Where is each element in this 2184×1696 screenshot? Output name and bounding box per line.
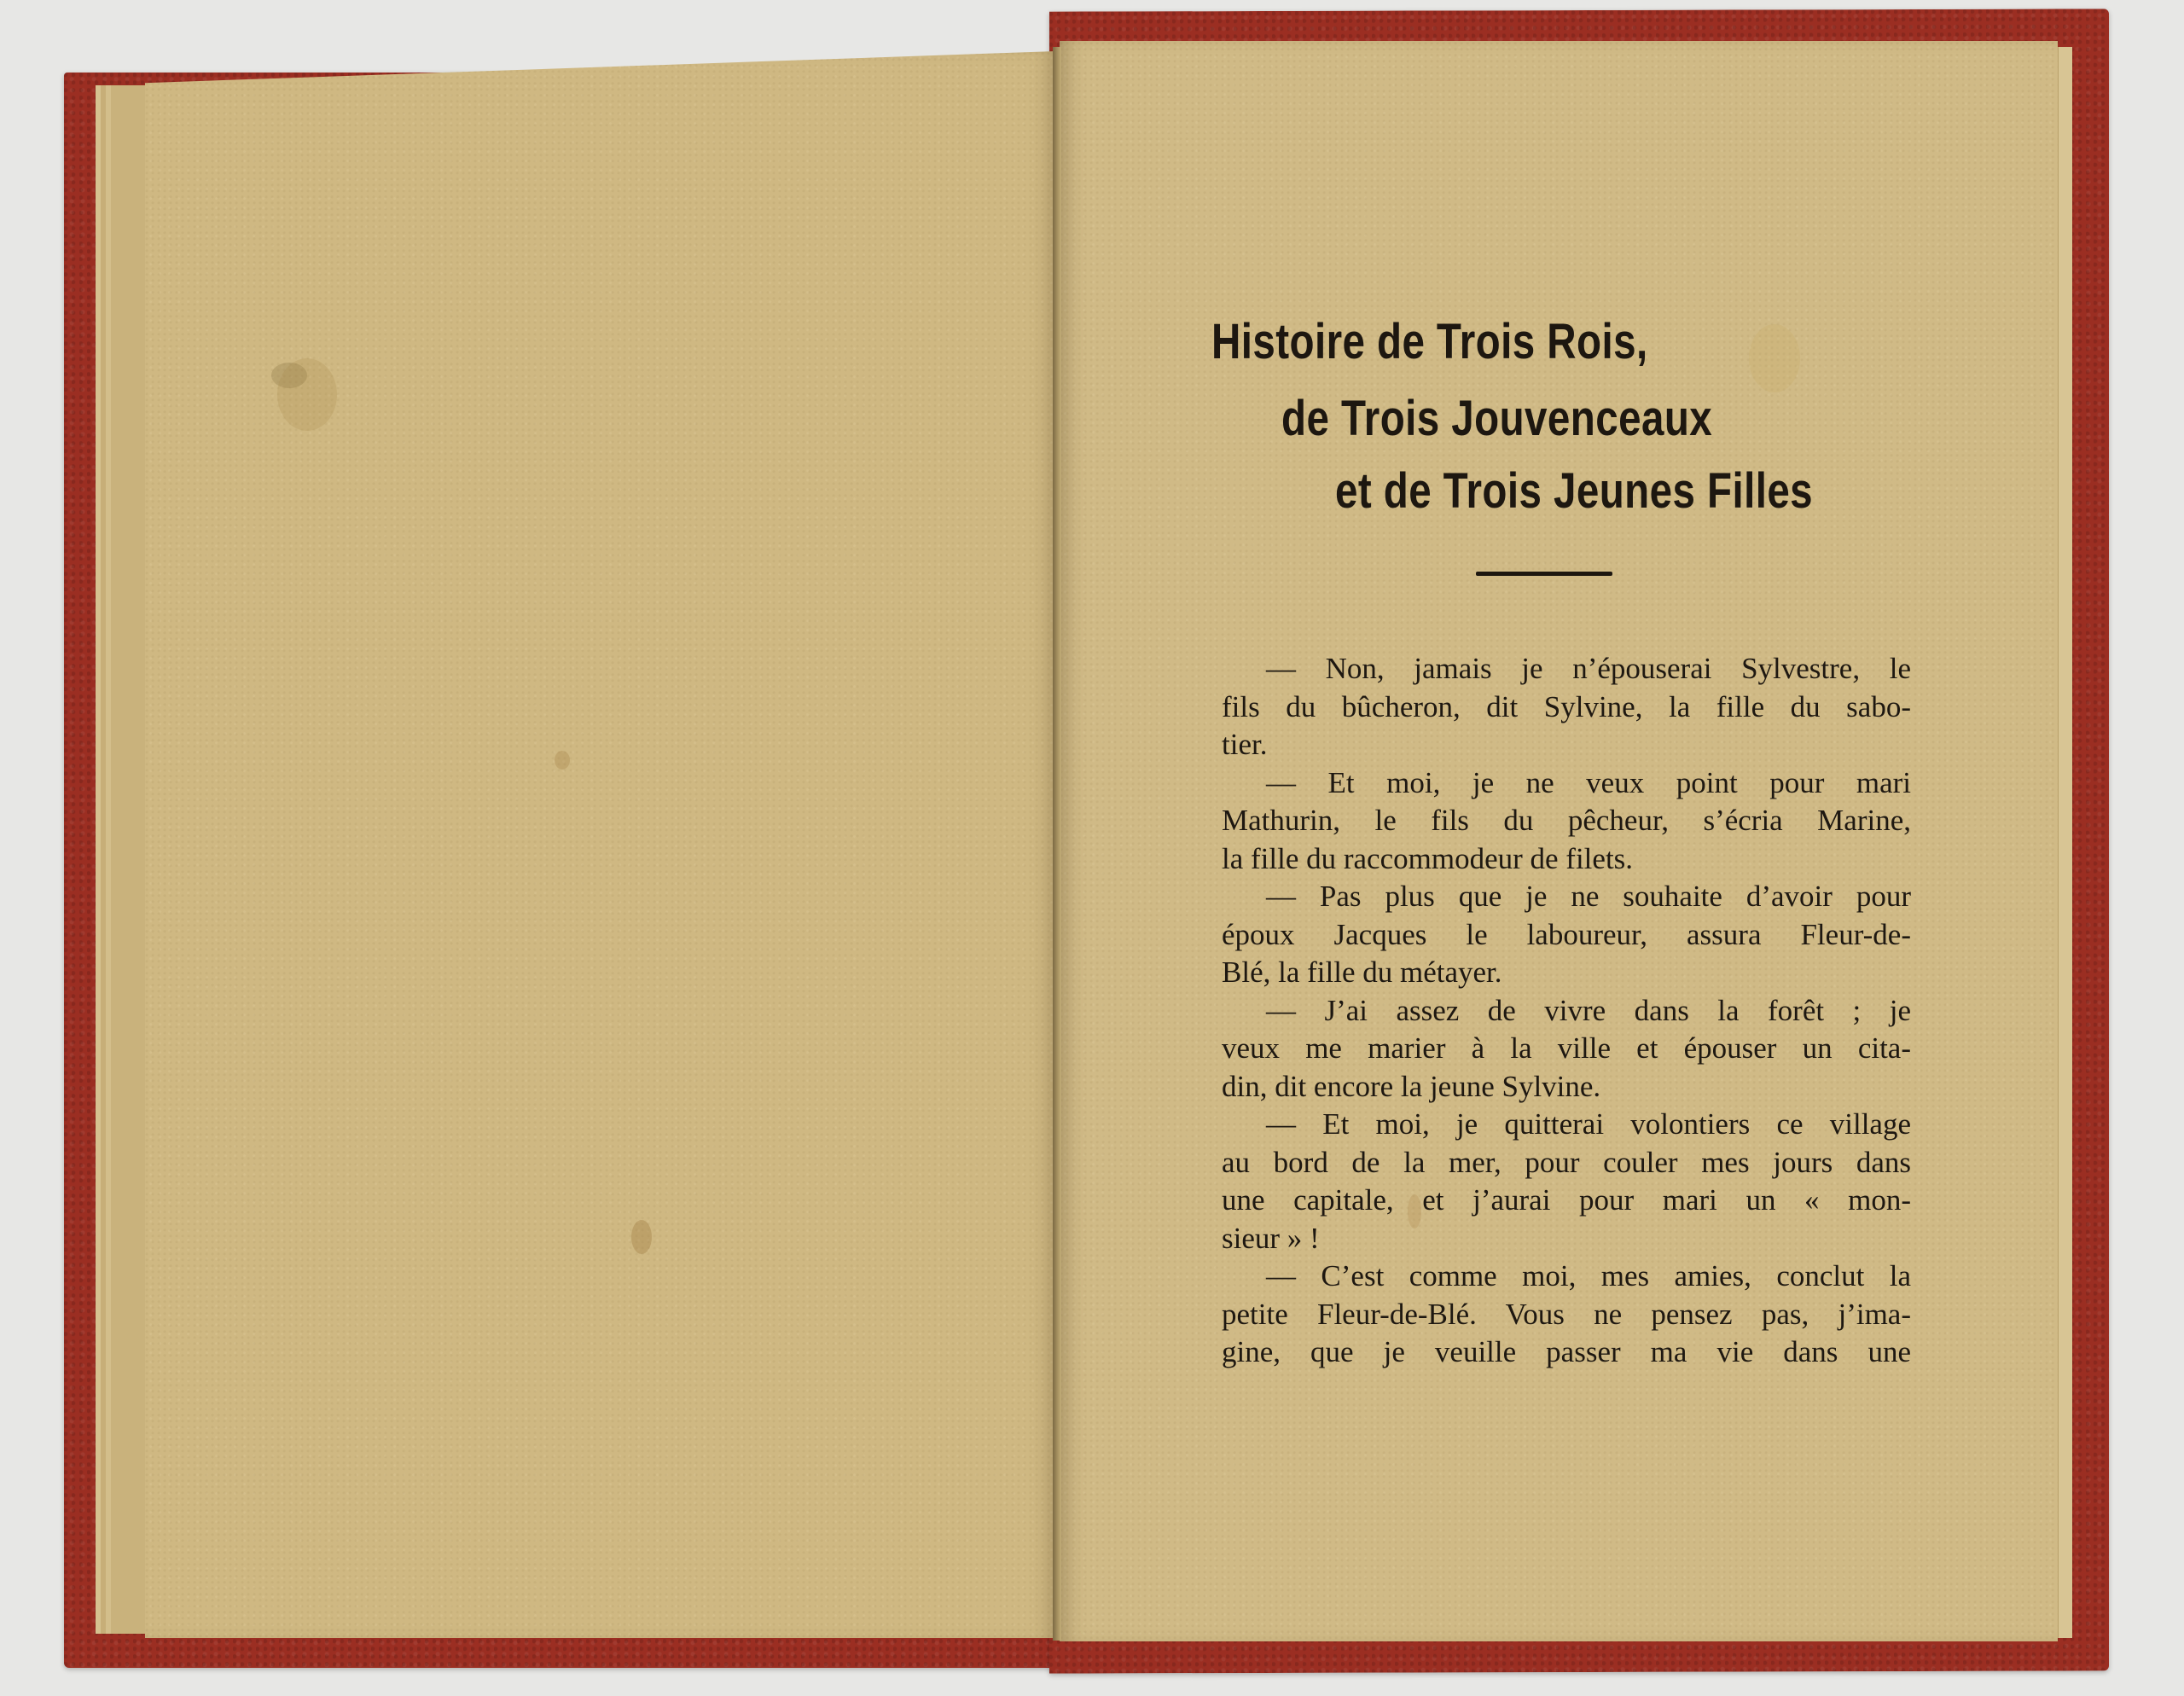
body-line: din, dit encore la jeune Sylvine. — [1222, 1068, 1911, 1106]
book-gutter — [1053, 47, 1061, 1641]
body-line: veux me marier à la ville et épouser un … — [1222, 1030, 1911, 1068]
body-line: — Non, jamais je n’épouserai Sylvestre, … — [1222, 650, 1911, 688]
body-line: fils du bûcheron, dit Sylvine, la fille … — [1222, 688, 1911, 727]
title-divider-rule — [1476, 572, 1612, 576]
body-line: petite Fleur-de-Blé. Vous ne pensez pas,… — [1222, 1296, 1911, 1334]
chapter-body-text: — Non, jamais je n’épouserai Sylvestre, … — [1222, 650, 1911, 1372]
left-page — [145, 51, 1056, 1638]
body-line: une capitale, et j’aurai pour mari un « … — [1222, 1182, 1911, 1220]
body-line: Blé, la fille du métayer. — [1222, 954, 1911, 992]
body-line: tier. — [1222, 726, 1911, 764]
body-line: époux Jacques le laboureur, assura Fleur… — [1222, 916, 1911, 955]
body-line: gine, que je veuille passer ma vie dans … — [1222, 1333, 1911, 1372]
body-line: — Pas plus que je ne souhaite d’avoir po… — [1222, 878, 1911, 916]
body-line: la fille du raccommodeur de filets. — [1222, 840, 1911, 879]
body-line: — Et moi, je quitterai volontiers ce vil… — [1222, 1106, 1911, 1144]
chapter-title-line-1: Histoire de Trois Rois, — [1211, 317, 1648, 367]
body-line: au bord de la mer, pour couler mes jours… — [1222, 1144, 1911, 1182]
body-line: — J’ai assez de vivre dans la forêt ; je — [1222, 992, 1911, 1031]
chapter-title-line-3: et de Trois Jeunes Filles — [1335, 467, 1813, 516]
body-line: — C’est comme moi, mes amies, conclut la — [1222, 1257, 1911, 1296]
chapter-title-line-2: de Trois Jouvenceaux — [1281, 394, 1712, 444]
body-line: Mathurin, le fils du pêcheur, s’écria Ma… — [1222, 802, 1911, 840]
body-line: — Et moi, je ne veux point pour mari — [1222, 764, 1911, 803]
body-line: sieur » ! — [1222, 1220, 1911, 1258]
right-page-edge — [2058, 47, 2072, 1638]
